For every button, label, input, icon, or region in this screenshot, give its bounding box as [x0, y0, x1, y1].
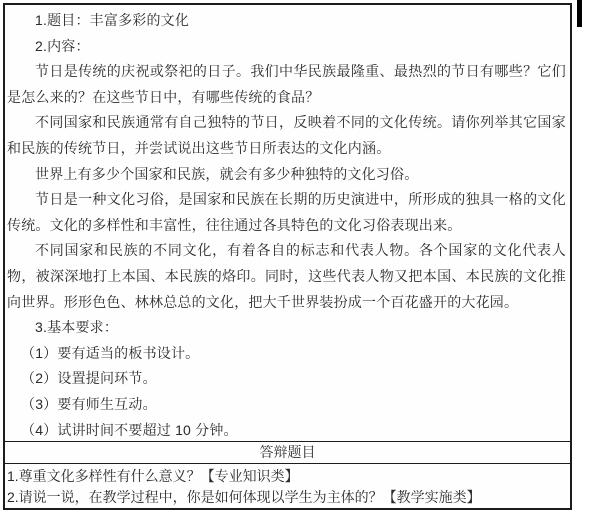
defense-header-row: 答辩题目: [5, 442, 570, 464]
paragraph: 不同国家和民族通常有自己独特的节日，反映着不同的文化传统。请你列举其它国家和民族…: [7, 110, 566, 161]
requirement-item: （2）设置提问环节。: [7, 366, 566, 392]
requirement-item: （3）要有师生互动。: [7, 392, 566, 418]
text-cursor-caret: [577, 0, 582, 27]
paragraph: 不同国家和民族的不同文化，有着各自的标志和代表人物。各个国家的文化代表人物，被深…: [7, 238, 566, 315]
defense-question: 1.尊重文化多样性有什么意义？【专业知识类】: [7, 466, 568, 487]
paragraph: 节日是传统的庆祝或祭祀的日子。我们中华民族最隆重、最热烈的节日有哪些？它们是怎么…: [7, 59, 566, 110]
paragraph: 节日是一种文化习俗，是国家和民族在长期的历史演进中，所形成的独具一格的文化传统。…: [7, 187, 566, 238]
question-content-cell: 1.题目：丰富多彩的文化 2.内容： 节日是传统的庆祝或祭祀的日子。我们中华民族…: [5, 5, 570, 442]
paragraph: 世界上有多少个国家和民族，就会有多少种独特的文化习俗。: [7, 162, 566, 188]
basic-requirements-label: 3.基本要求：: [7, 315, 566, 341]
title-line: 1.题目：丰富多彩的文化: [7, 8, 566, 34]
content-label-line: 2.内容：: [7, 34, 566, 60]
defense-questions-cell: 1.尊重文化多样性有什么意义？【专业知识类】 2.请说一说，在教学过程中，你是如…: [5, 464, 570, 508]
defense-header-label: 答辩题目: [260, 444, 316, 460]
exam-question-table: 1.题目：丰富多彩的文化 2.内容： 节日是传统的庆祝或祭祀的日子。我们中华民族…: [3, 3, 572, 510]
document-page: 1.题目：丰富多彩的文化 2.内容： 节日是传统的庆祝或祭祀的日子。我们中华民族…: [0, 0, 589, 512]
requirement-item: （4）试讲时间不要超过 10 分钟。: [7, 418, 566, 443]
requirement-item: （1）要有适当的板书设计。: [7, 341, 566, 367]
defense-question: 2.请说一说，在教学过程中，你是如何体现以学生为主体的？【教学实施类】: [7, 487, 568, 508]
